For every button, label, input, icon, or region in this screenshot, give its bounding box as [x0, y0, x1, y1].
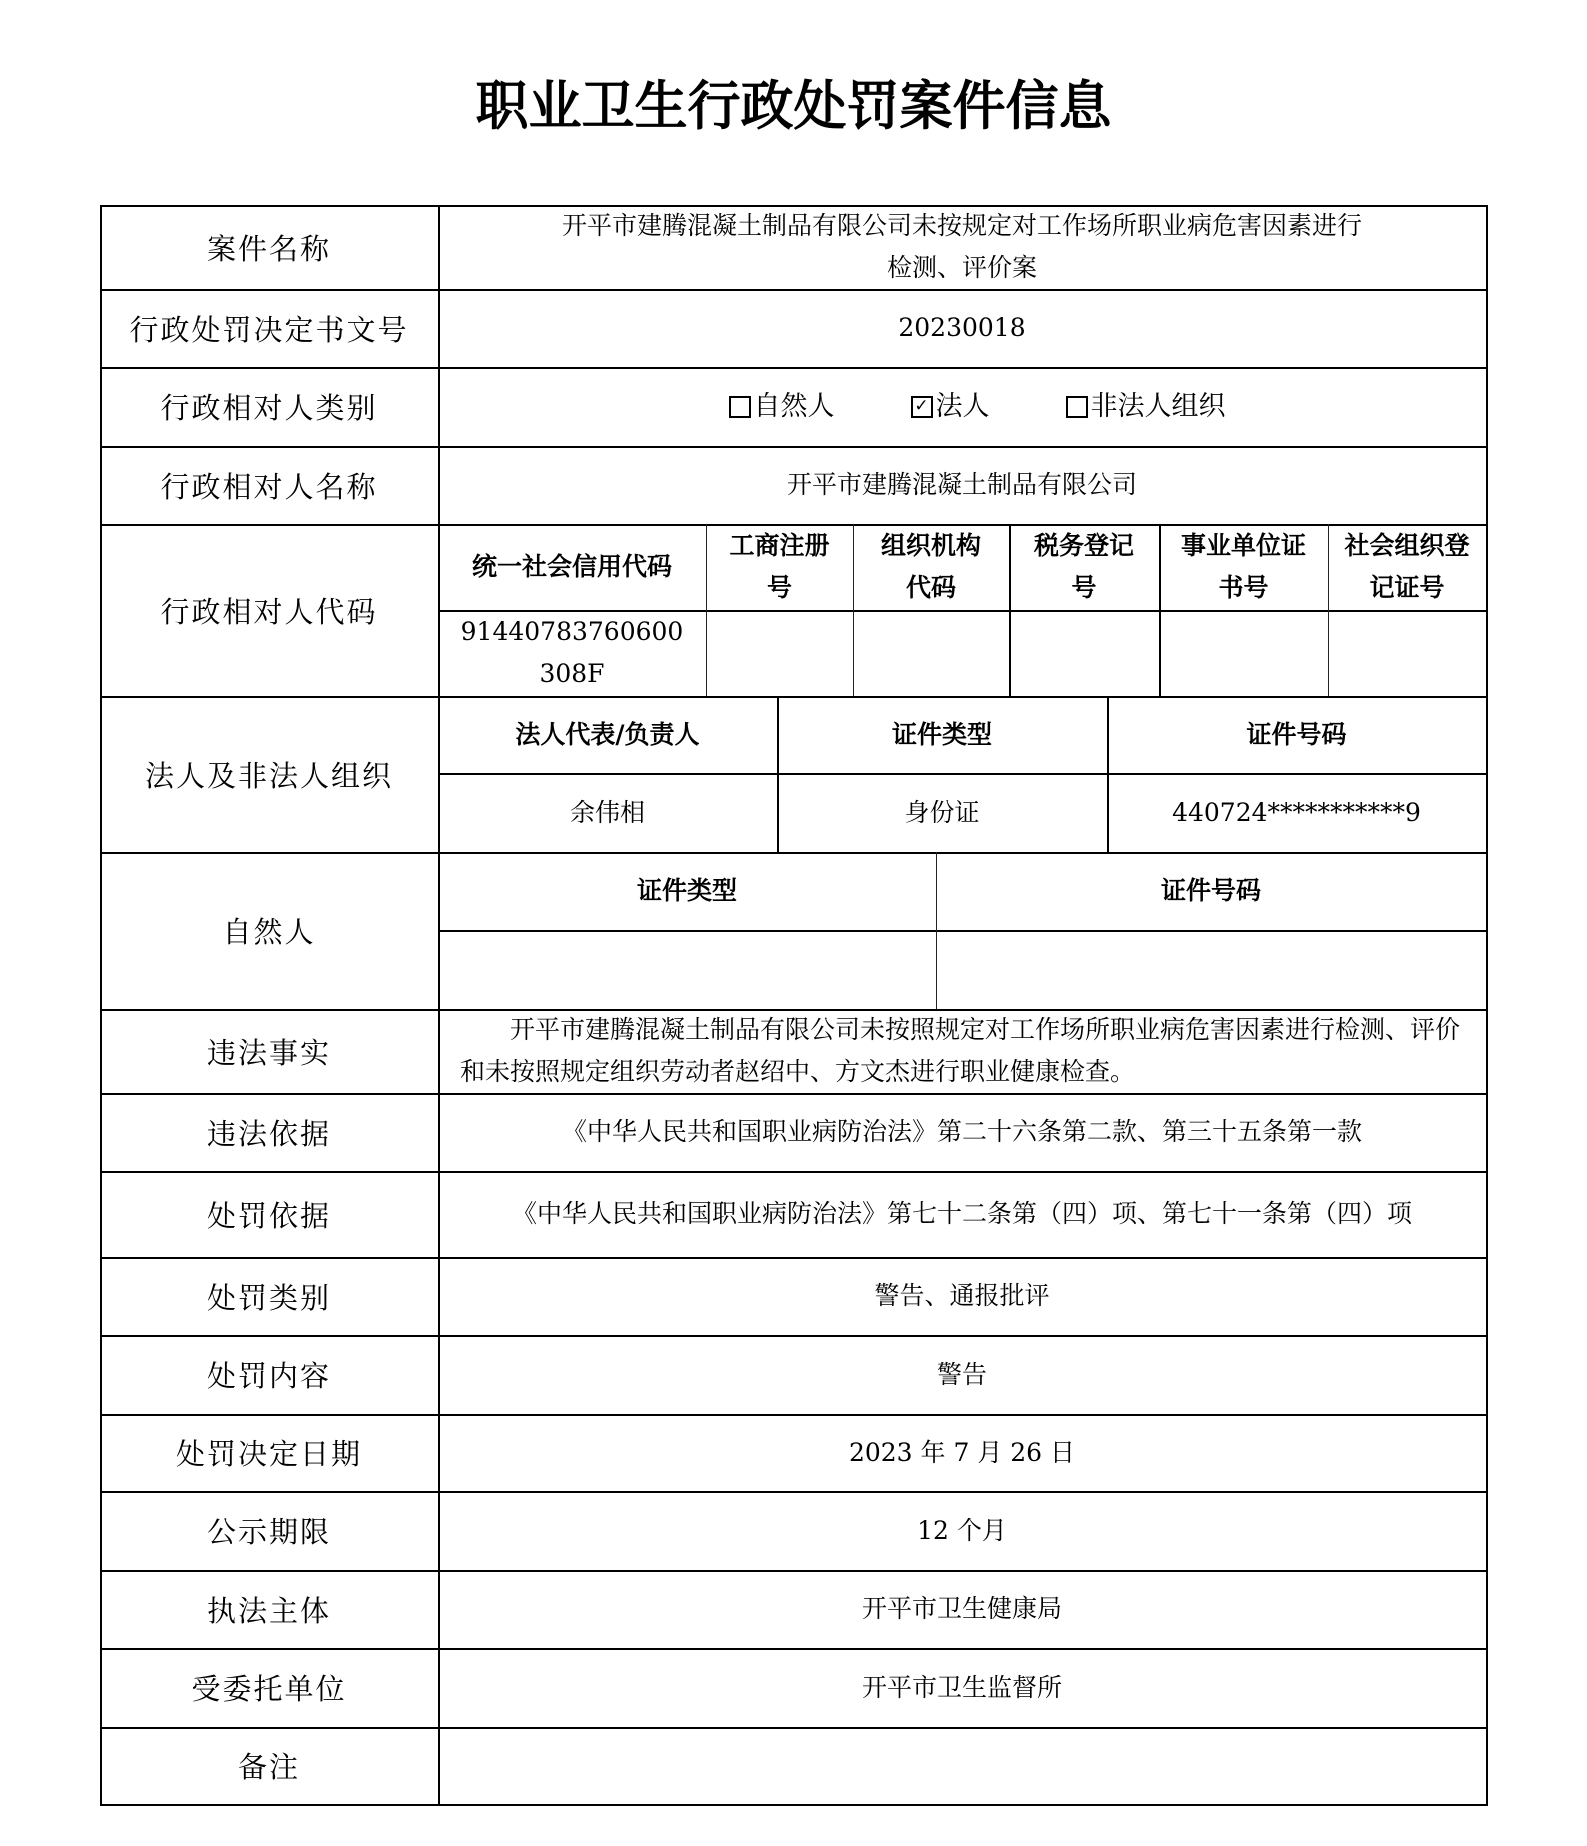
- natural-value-id-number: [936, 930, 1486, 1009]
- code-value-tax-reg: [1009, 610, 1159, 696]
- party-type-checkboxes: 自然人 ✓ 法人 非法人组织: [438, 367, 1486, 446]
- label-penalty-basis: 处罚依据: [100, 1171, 438, 1257]
- checkbox-label: 自然人: [754, 386, 835, 428]
- label-publicity-period: 公示期限: [100, 1491, 438, 1570]
- label-decision-no: 行政处罚决定书文号: [100, 289, 438, 367]
- label-entrusted-unit: 受委托单位: [100, 1648, 438, 1727]
- label-party-code: 行政相对人代码: [100, 524, 438, 696]
- label-penalty-content: 处罚内容: [100, 1335, 438, 1414]
- value-penalty-basis: 《中华人民共和国职业病防治法》第七十二条第（四）项、第七十一条第（四）项: [438, 1171, 1486, 1257]
- label-remarks: 备注: [100, 1727, 438, 1804]
- label-enforcement-body: 执法主体: [100, 1570, 438, 1648]
- code-header-tax-reg: 税务登记号: [1009, 524, 1159, 610]
- checkbox-natural-person[interactable]: 自然人: [729, 386, 835, 428]
- value-decision-date: 2023 年 7 月 26 日: [438, 1414, 1486, 1491]
- code-value-institution-cert: [1159, 610, 1328, 696]
- value-publicity-period: 12 个月: [438, 1491, 1486, 1570]
- table-border: [100, 1804, 1488, 1806]
- label-party-type: 行政相对人类别: [100, 367, 438, 446]
- value-facts: 开平市建腾混凝土制品有限公司未按照规定对工作场所职业病危害因素进行检测、评价和未…: [438, 1009, 1486, 1093]
- legal-header-id-number: 证件号码: [1107, 696, 1486, 773]
- value-case-name: 开平市建腾混凝土制品有限公司未按规定对工作场所职业病危害因素进行 检测、评价案: [438, 205, 1486, 289]
- label-natural-person: 自然人: [100, 852, 438, 1009]
- checkbox-legal-person[interactable]: ✓ 法人: [911, 386, 990, 428]
- label-party-name: 行政相对人名称: [100, 446, 438, 524]
- code-header-credit-code: 统一社会信用代码: [438, 524, 706, 610]
- code-value-social-org-cert: [1328, 610, 1486, 696]
- legal-header-id-type: 证件类型: [777, 696, 1107, 773]
- legal-value-representative: 余伟相: [438, 773, 777, 852]
- checkbox-label: 法人: [936, 386, 990, 428]
- label-violation-basis: 违法依据: [100, 1093, 438, 1171]
- label-decision-date: 处罚决定日期: [100, 1414, 438, 1491]
- legal-value-id-number: 440724***********9: [1107, 773, 1486, 852]
- case-name-line-1: 开平市建腾混凝土制品有限公司未按规定对工作场所职业病危害因素进行: [562, 205, 1362, 247]
- code-header-business-reg: 工商注册号: [706, 524, 853, 610]
- value-enforcement-body: 开平市卫生健康局: [438, 1570, 1486, 1648]
- case-name-line-2: 检测、评价案: [887, 247, 1037, 289]
- unchecked-box-icon: [1066, 396, 1088, 418]
- label-legal-person: 法人及非法人组织: [100, 696, 438, 852]
- code-value-org-code: [853, 610, 1009, 696]
- value-penalty-category: 警告、通报批评: [438, 1257, 1486, 1335]
- natural-header-id-type: 证件类型: [438, 852, 936, 930]
- code-header-org-code: 组织机构代码: [853, 524, 1009, 610]
- value-violation-basis: 《中华人民共和国职业病防治法》第二十六条第二款、第三十五条第一款: [438, 1093, 1486, 1171]
- checkbox-label: 非法人组织: [1091, 386, 1226, 428]
- checkbox-unincorporated-org[interactable]: 非法人组织: [1066, 386, 1226, 428]
- code-value-business-reg: [706, 610, 853, 696]
- label-penalty-category: 处罚类别: [100, 1257, 438, 1335]
- value-penalty-content: 警告: [438, 1335, 1486, 1414]
- unchecked-box-icon: [729, 396, 751, 418]
- label-case-name: 案件名称: [100, 205, 438, 289]
- document-title: 职业卫生行政处罚案件信息: [0, 66, 1587, 146]
- legal-value-id-type: 身份证: [777, 773, 1107, 852]
- value-decision-no: 20230018: [438, 289, 1486, 367]
- value-remarks: [438, 1727, 1486, 1804]
- natural-header-id-number: 证件号码: [936, 852, 1486, 930]
- value-party-name: 开平市建腾混凝土制品有限公司: [438, 446, 1486, 524]
- legal-header-representative: 法人代表/负责人: [438, 696, 777, 773]
- label-facts: 违法事实: [100, 1009, 438, 1093]
- value-entrusted-unit: 开平市卫生监督所: [438, 1648, 1486, 1727]
- code-header-institution-cert: 事业单位证书号: [1159, 524, 1328, 610]
- code-value-credit-code: 91440783760600308F: [438, 610, 706, 696]
- natural-value-id-type: [438, 930, 936, 1009]
- code-header-social-org-cert: 社会组织登记证号: [1328, 524, 1486, 610]
- checked-box-icon: ✓: [911, 396, 933, 418]
